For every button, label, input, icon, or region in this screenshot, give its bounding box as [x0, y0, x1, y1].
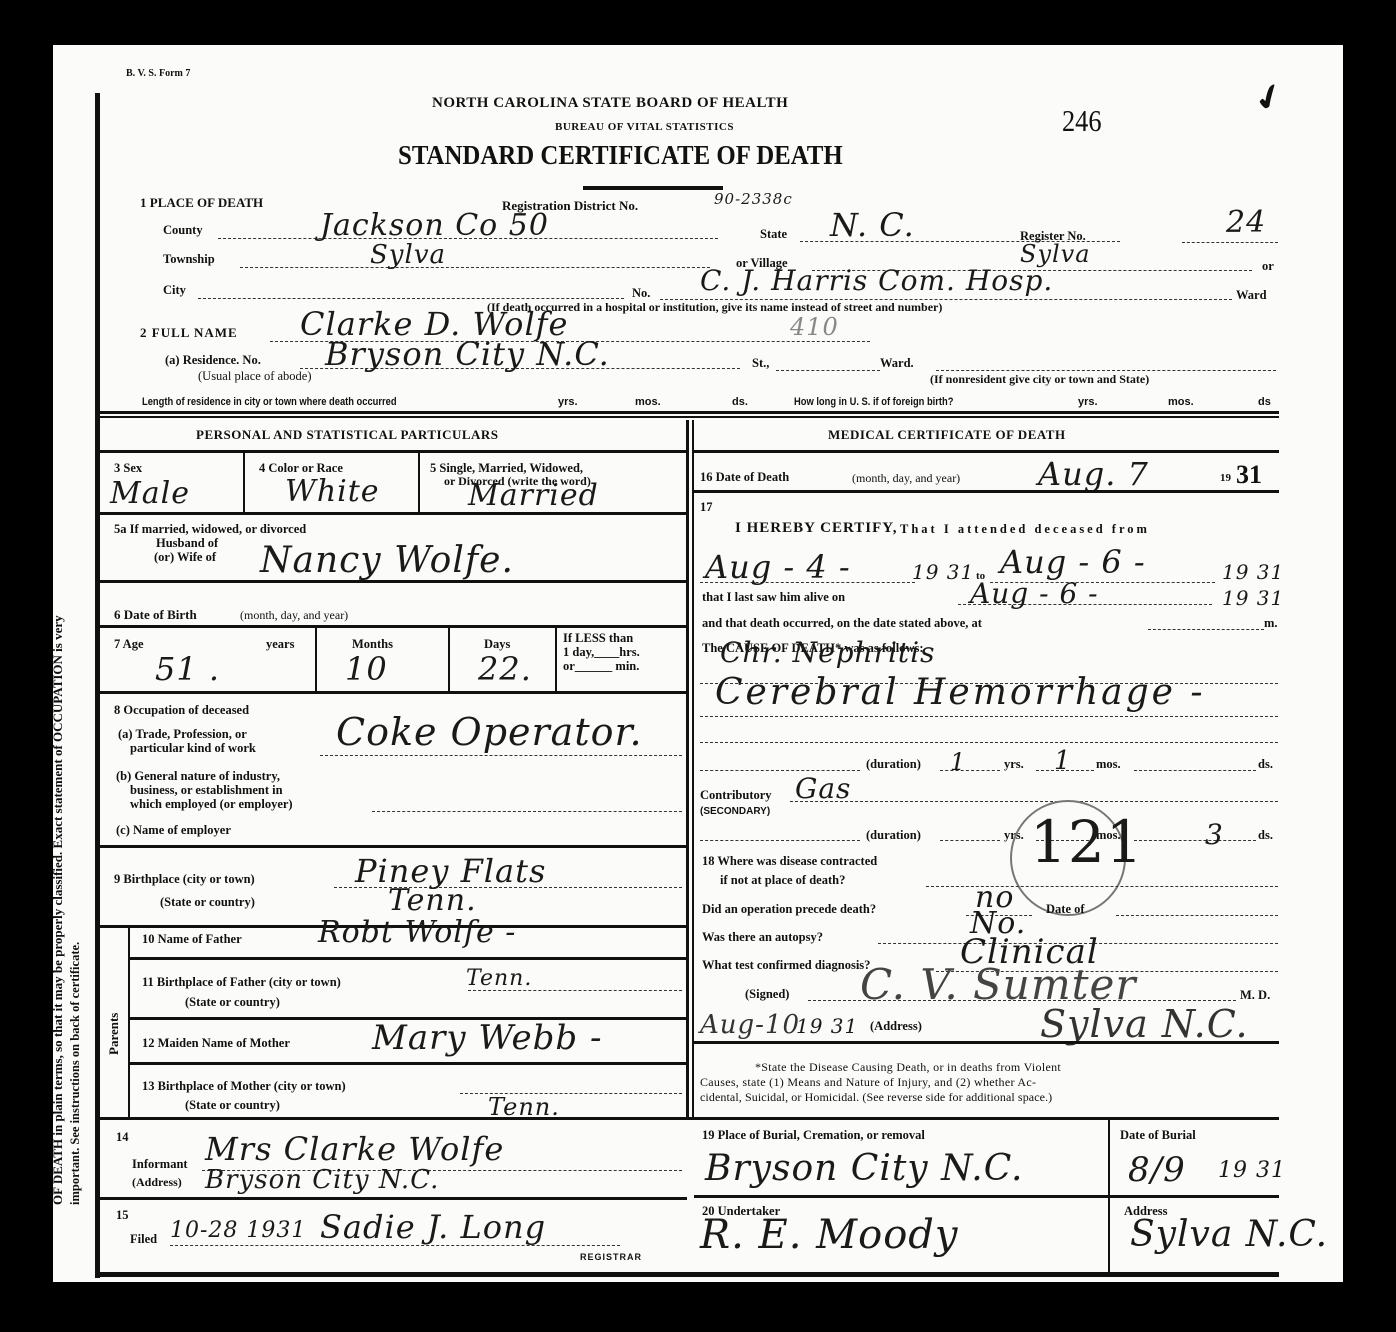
cause-line-2 — [700, 716, 1278, 717]
less-label-2: 1 day,____hrs. — [563, 645, 640, 660]
ward-label-2: Ward. — [880, 356, 914, 371]
dod-sub: (month, day, and year) — [852, 471, 960, 486]
attend-from-value[interactable]: Aug - 4 - — [705, 548, 851, 586]
dob-sub: (month, day, and year) — [240, 608, 348, 623]
date-of-label: Date of — [1046, 902, 1085, 917]
township-label: Township — [163, 252, 215, 267]
row-rule-4 — [97, 691, 687, 694]
burial-date-label: Date of Burial — [1120, 1128, 1196, 1143]
birth-state-label: (State or country) — [160, 895, 255, 910]
section-divider-top — [97, 411, 1279, 414]
bureau-name: BUREAU OF VITAL STATISTICS — [555, 121, 734, 133]
undertaker-address-value[interactable]: Sylva N.C. — [1130, 1214, 1328, 1255]
less-label-3: or______ min. — [563, 659, 639, 674]
filed-value[interactable]: 10-28 1931 — [170, 1218, 306, 1243]
dod-label: 16 Date of Death — [700, 470, 789, 485]
full-name-extra: 410 — [790, 313, 839, 341]
cause-1-value[interactable]: Chr. Nephritis — [720, 636, 936, 669]
no-label: No. — [632, 286, 650, 301]
occupation-label: 8 Occupation of deceased — [114, 703, 249, 718]
foreign-label: How long in U. S. if of foreign birth? — [794, 396, 953, 408]
burial-date-year[interactable]: 19 31 — [1218, 1158, 1286, 1183]
trade-label-1: (a) Trade, Profession, or — [118, 727, 247, 742]
foreign-mos: mos. — [1168, 396, 1194, 408]
length-ds: ds. — [732, 396, 748, 408]
informant-value[interactable]: Mrs Clarke Wolfe — [205, 1130, 504, 1168]
duration-2-yrs-line — [940, 840, 1000, 841]
address-label: (Address) — [870, 1019, 922, 1034]
nonresident-note: (If nonresident give city or town and St… — [930, 372, 1149, 387]
informant-address-label: (Address) — [132, 1175, 182, 1190]
sex-cell-border — [243, 452, 245, 512]
signed-year[interactable]: 19 31 — [796, 1014, 858, 1038]
foreign-ds: ds — [1258, 396, 1271, 408]
nonres-line — [936, 370, 1276, 371]
parents-label: Parents — [106, 1013, 122, 1055]
marital-value[interactable]: Married — [468, 478, 599, 513]
certificate-paper — [53, 45, 1343, 1282]
age-days-value[interactable]: 22. — [478, 650, 532, 688]
margin-note-line1: OF DEATH in plain terms, so that it may … — [50, 615, 66, 1205]
duration-1-yrs[interactable]: 1 — [950, 748, 966, 776]
dod-year-prefix: 19 — [1220, 472, 1231, 484]
birthplace-label: 9 Birthplace (city or town) — [114, 872, 255, 887]
row-rule-10 — [97, 1117, 1279, 1120]
date-of-line — [1116, 915, 1278, 916]
state-value[interactable]: N. C. — [830, 206, 915, 244]
father-value[interactable]: Robt Wolfe - — [318, 915, 516, 950]
footnote-line-1: *State the Disease Causing Death, or in … — [755, 1060, 1061, 1075]
burial-rule — [694, 1195, 1279, 1198]
mother-label: 12 Maiden Name of Mother — [142, 1036, 290, 1051]
township-value[interactable]: Sylva — [370, 240, 446, 270]
row-rule-3 — [97, 625, 687, 628]
yrs-label-1: yrs. — [1004, 757, 1024, 772]
margin-note-line2: important. See instructions on back of c… — [68, 942, 83, 1205]
title-underline — [583, 186, 723, 190]
trade-line — [320, 755, 682, 756]
medical-heading-rule — [694, 450, 1279, 453]
page-title: STANDARD CERTIFICATE OF DEATH — [398, 140, 843, 171]
township-line — [240, 267, 710, 268]
industry-line — [372, 811, 682, 812]
attend-from-year[interactable]: 19 31 — [912, 560, 974, 584]
father-birth-label: 11 Birthplace of Father (city or town) — [142, 975, 341, 990]
contributory-value[interactable]: Gas — [795, 772, 851, 805]
registrar-label: REGISTRAR — [580, 1252, 642, 1262]
years-label: years — [266, 637, 294, 652]
duration-2-ds-line — [1134, 840, 1256, 841]
operation-label: Did an operation precede death? — [702, 902, 876, 917]
personal-heading: PERSONAL AND STATISTICAL PARTICULARS — [196, 427, 499, 443]
mother-value[interactable]: Mary Webb - — [372, 1018, 602, 1058]
sex-label: 3 Sex — [114, 461, 142, 476]
certificate-number: 246 — [1062, 103, 1102, 139]
dob-label: 6 Date of Birth — [114, 607, 197, 623]
residence-value[interactable]: Bryson City N.C. — [325, 335, 610, 373]
column-divider — [686, 420, 689, 1120]
contributory-label: Contributory — [700, 788, 772, 803]
signed-label: (Signed) — [745, 987, 789, 1002]
duration-2-pre-line — [700, 840, 860, 841]
parents-border — [128, 925, 130, 1117]
duration-2-label: (duration) — [866, 828, 921, 843]
address-value[interactable]: Sylva N.C. — [1040, 1002, 1249, 1046]
length-residence-label: Length of residence in city or town wher… — [142, 396, 397, 408]
attend-to-value[interactable]: Aug - 6 - — [1000, 543, 1146, 581]
father-state-label: (State or country) — [185, 995, 280, 1010]
occurred-line — [1148, 629, 1264, 630]
m-label: m. — [1264, 616, 1278, 631]
ds-label-2: ds. — [1258, 828, 1273, 843]
certify-text-1: I HEREBY CERTIFY, — [735, 520, 897, 537]
footnote-line-3: cidental, Suicidal, or Homicidal. (See r… — [700, 1090, 1052, 1105]
undertaker-value[interactable]: R. E. Moody — [700, 1212, 959, 1258]
filed-label: Filed — [130, 1232, 157, 1247]
medical-heading: MEDICAL CERTIFICATE OF DEATH — [828, 427, 1066, 443]
less-label-1: If LESS than — [563, 631, 633, 646]
sex-value[interactable]: Male — [110, 476, 190, 511]
duration-1-ds-line — [1134, 770, 1256, 771]
contributory-line — [790, 801, 1278, 802]
register-line — [1182, 242, 1278, 243]
form-id: B. V. S. Form 7 — [126, 68, 190, 79]
age-label: 7 Age — [114, 637, 144, 652]
signed-rule — [694, 1041, 1279, 1044]
row-rule-9 — [130, 1062, 687, 1065]
county-label: County — [163, 223, 203, 238]
days-cell-border — [555, 627, 557, 691]
board-name: NORTH CAROLINA STATE BOARD OF HEALTH — [432, 95, 788, 112]
informant-address-value[interactable]: Bryson City N.C. — [205, 1165, 439, 1195]
attend-to-year[interactable]: 19 31 — [1222, 560, 1284, 584]
father-birth-value[interactable]: Tenn. — [466, 966, 532, 991]
informant-label: Informant — [132, 1157, 188, 1172]
spouse-label-2: Husband of — [156, 536, 218, 551]
race-value[interactable]: White — [285, 474, 380, 509]
city-label: City — [163, 283, 186, 298]
ds-label-1: ds. — [1258, 757, 1273, 772]
county-value[interactable]: Jackson Co 50 — [320, 208, 549, 243]
age-years-value[interactable]: 51 . — [155, 650, 220, 688]
register-value[interactable]: 24 — [1226, 205, 1266, 240]
form-bottom-border — [97, 1272, 1279, 1277]
cause-line-3 — [700, 742, 1278, 743]
dod-year[interactable]: 31 — [1236, 460, 1262, 490]
industry-label-2: business, or establishment in — [130, 783, 283, 798]
mother-state-label: (State or country) — [185, 1098, 280, 1113]
duration-1-label: (duration) — [866, 757, 921, 772]
burial-place-label: 19 Place of Burial, Cremation, or remova… — [702, 1128, 925, 1143]
ward-label: Ward — [1236, 288, 1267, 303]
certify-text-2: That I attended deceased from — [900, 522, 1150, 537]
cert-num: 17 — [700, 500, 713, 515]
dod-rule — [694, 490, 1279, 493]
last-saw-year[interactable]: 19 31 — [1222, 586, 1284, 610]
footnote-line-2: Causes, state (1) Means and Nature of In… — [700, 1075, 1036, 1090]
occurred-label: and that death occurred, on the date sta… — [702, 616, 982, 631]
burial-date-value[interactable]: 8/9 — [1128, 1150, 1186, 1190]
duration-1-yrs-line — [940, 770, 1000, 771]
place-of-death-label: 1 PLACE OF DEATH — [140, 195, 263, 211]
race-cell-border — [418, 452, 420, 512]
last-saw-value[interactable]: Aug - 6 - — [970, 577, 1099, 610]
trade-label-2: particular kind of work — [130, 741, 256, 756]
row-rule-7 — [130, 957, 687, 960]
contracted-label-2: if not at place of death? — [720, 873, 845, 888]
father-label: 10 Name of Father — [142, 932, 242, 947]
row-rule-11 — [97, 1197, 687, 1200]
st-line — [776, 370, 880, 371]
duration-1-mos[interactable]: 1 — [1054, 746, 1072, 776]
row-rule-1 — [97, 512, 687, 515]
filed-num: 15 — [116, 1208, 129, 1223]
full-name-label: 2 FULL NAME — [140, 325, 238, 341]
age-cell-border — [315, 627, 317, 691]
personal-heading-rule — [97, 450, 687, 453]
cause-2-value[interactable]: Cerebral Hemorrhage - — [715, 672, 1206, 713]
spouse-label-1: 5a If married, widowed, or divorced — [114, 522, 306, 537]
spouse-value[interactable]: Nancy Wolfe. — [260, 540, 514, 581]
mother-birth-label: 13 Birthplace of Mother (city or town) — [142, 1079, 346, 1094]
stamp-value: 121 — [1030, 808, 1144, 876]
length-mos: mos. — [635, 396, 661, 408]
last-saw-label: that I last saw him alive on — [702, 590, 845, 605]
age-months-value[interactable]: 10 — [345, 650, 388, 688]
foreign-yrs: yrs. — [1078, 396, 1098, 408]
burial-cell-border — [1108, 1119, 1110, 1277]
abode-label: (Usual place of abode) — [198, 369, 312, 384]
contracted-label-1: 18 Where was disease contracted — [702, 854, 877, 869]
autopsy-label: Was there an autopsy? — [702, 930, 823, 945]
column-divider-2 — [692, 420, 694, 1120]
burial-place-value[interactable]: Bryson City N.C. — [705, 1148, 1023, 1189]
employer-label: (c) Name of employer — [116, 823, 231, 838]
or-label: or — [1262, 259, 1274, 274]
birth-state-value[interactable]: Tenn. — [388, 883, 477, 918]
test-label: What test confirmed diagnosis? — [702, 958, 870, 973]
dod-value[interactable]: Aug. 7 — [1038, 455, 1149, 493]
no-value[interactable]: C. J. Harris Com. Hosp. — [700, 264, 1053, 297]
form-left-border — [95, 93, 100, 1278]
mos-label-1: mos. — [1096, 757, 1121, 772]
state-label: State — [760, 227, 787, 242]
industry-label-1: (b) General nature of industry, — [116, 769, 280, 784]
trade-value[interactable]: Coke Operator. — [336, 710, 643, 754]
reg-district-value[interactable]: 90-2338c — [714, 190, 793, 208]
duration-1-pre-line — [700, 770, 860, 771]
city-line — [198, 298, 624, 299]
length-yrs: yrs. — [558, 396, 578, 408]
months-cell-border — [448, 627, 450, 691]
residence-label: (a) Residence. No. — [165, 353, 261, 368]
signed-date[interactable]: Aug-10 — [700, 1010, 800, 1040]
row-rule-5 — [97, 845, 687, 848]
industry-label-3: which employed (or employer) — [130, 797, 293, 812]
registrar-value[interactable]: Sadie J. Long — [320, 1208, 546, 1246]
duration-2-mos[interactable]: 3 — [1205, 818, 1224, 851]
st-label: St., — [752, 356, 769, 371]
md-label: M. D. — [1240, 988, 1270, 1003]
spouse-label-3: (or) Wife of — [154, 550, 216, 565]
secondary-label: (SECONDARY) — [700, 806, 770, 817]
informant-num: 14 — [116, 1130, 129, 1145]
row-rule-2 — [97, 580, 687, 583]
section-divider-top-2 — [97, 416, 1279, 418]
